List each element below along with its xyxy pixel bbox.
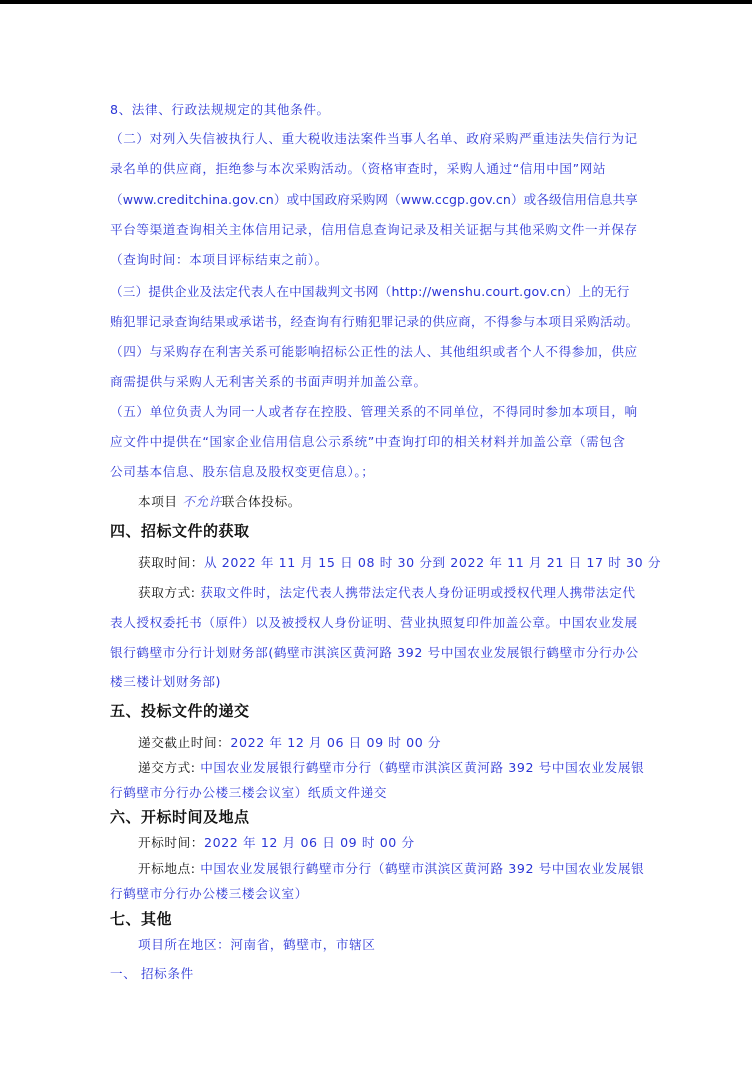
section-7-heading: 七、其他 [110, 910, 172, 928]
clause-5-line-3: 公司基本信息、股东信息及股权变更信息）。； [110, 464, 374, 480]
clause-2-line-1: （二）对列入失信被执行人、重大税收违法案件当事人名单、政府采购严重违法失信行为记 [110, 131, 638, 147]
section-5-deadline: 递交截止时间：2022 年 12 月 06 日 09 时 00 分 [110, 735, 441, 751]
clause-2-line-3: （www.creditchina.gov.cn）或中国政府采购网（www.ccg… [110, 192, 638, 208]
submit-method-value: 中国农业发展银行鹤壁市分行（鹤壁市淇滨区黄河路 392 号中国农业发展银 [196, 760, 645, 775]
consortium-value: 不允许 [182, 494, 222, 509]
tender-conditions-item: 一、 招标条件 [110, 966, 194, 982]
section-4-method-line-4: 楼三楼计划财务部) [110, 674, 221, 690]
section-4-heading: 四、招标文件的获取 [110, 522, 250, 540]
section-4-method-line-3: 银行鹤壁市分行计划财务部(鹤壁市淇滨区黄河路 392 号中国农业发展银行鹤壁市分… [110, 645, 639, 661]
clause-4-line-2: 商需提供与采购人无利害关系的书面声明并加盖公章。 [110, 374, 427, 390]
section-5-method-line-1: 递交方式: 中国农业发展银行鹤壁市分行（鹤壁市淇滨区黄河路 392 号中国农业发… [110, 760, 644, 776]
method-label: 获取方式: [138, 585, 196, 600]
project-region: 项目所在地区：河南省，鹤壁市，市辖区 [110, 937, 376, 953]
clause-5-line-1: （五）单位负责人为同一人或者存在控股、管理关系的不同单位，不得同时参加本项目，响 [110, 404, 638, 420]
consortium-statement: 本项目 不允许联合体投标。 [110, 494, 301, 510]
method-value: 获取文件时，法定代表人携带法定代表人身份证明或授权代理人携带法定代 [196, 585, 636, 600]
section-6-time: 开标时间：2022 年 12 月 06 日 09 时 00 分 [110, 835, 415, 851]
time-label: 获取时间： [138, 555, 204, 570]
condition-8: 8、法律、行政法规规定的其他条件。 [110, 102, 330, 118]
section-4-method-line-1: 获取方式: 获取文件时，法定代表人携带法定代表人身份证明或授权代理人携带法定代 [110, 585, 636, 601]
opening-place-label: 开标地点: [138, 861, 196, 876]
section-6-place-line-2: 行鹤壁市分行办公楼三楼会议室） [110, 886, 308, 902]
deadline-value: 2022 年 12 月 06 日 09 时 00 分 [230, 735, 441, 750]
clause-3-line-2: 贿犯罪记录查询结果或承诺书，经查询有行贿犯罪记录的供应商，不得参与本项目采购活动… [110, 314, 639, 330]
section-4-method-line-2: 表人授权委托书（原件）以及被授权人身份证明、营业执照复印件加盖公章。中国农业发展 [110, 615, 638, 631]
clause-2-line-4: 平台等渠道查询相关主体信用记录，信用信息查询记录及相关证据与其他采购文件一并保存 [110, 222, 638, 238]
section-4-time: 获取时间：从 2022 年 11 月 15 日 08 时 30 分到 2022 … [110, 555, 661, 571]
top-border-bar [0, 0, 752, 4]
opening-time-label: 开标时间： [138, 835, 204, 850]
section-6-place-line-1: 开标地点: 中国农业发展银行鹤壁市分行（鹤壁市淇滨区黄河路 392 号中国农业发… [110, 861, 644, 877]
clause-2-line-2: 录名单的供应商，拒绝参与本次采购活动。（资格审查时，采购人通过“信用中国”网站 [110, 161, 606, 177]
section-5-method-line-2: 行鹤壁市分行办公楼三楼会议室）纸质文件递交 [110, 785, 387, 801]
submit-method-label: 递交方式: [138, 760, 196, 775]
opening-place-value: 中国农业发展银行鹤壁市分行（鹤壁市淇滨区黄河路 392 号中国农业发展银 [196, 861, 645, 876]
section-6-heading: 六、开标时间及地点 [110, 808, 250, 826]
clause-2-line-5: （查询时间：本项目评标结束之前）。 [110, 252, 328, 268]
clause-4-line-1: （四）与采购存在利害关系可能影响招标公正性的法人、其他组织或者个人不得参加，供应 [110, 344, 638, 360]
section-5-heading: 五、投标文件的递交 [110, 702, 250, 720]
clause-5-line-2: 应文件中提供在“国家企业信用信息公示系统”中查询打印的相关材料并加盖公章（需包含 [110, 434, 626, 450]
time-value: 从 2022 年 11 月 15 日 08 时 30 分到 2022 年 11 … [204, 555, 661, 570]
deadline-label: 递交截止时间： [138, 735, 230, 750]
consortium-prefix: 本项目 [138, 494, 178, 509]
opening-time-value: 2022 年 12 月 06 日 09 时 00 分 [204, 835, 415, 850]
consortium-suffix: 联合体投标。 [222, 494, 301, 509]
clause-3-line-1: （三）提供企业及法定代表人在中国裁判文书网（http://wenshu.cour… [110, 284, 630, 300]
